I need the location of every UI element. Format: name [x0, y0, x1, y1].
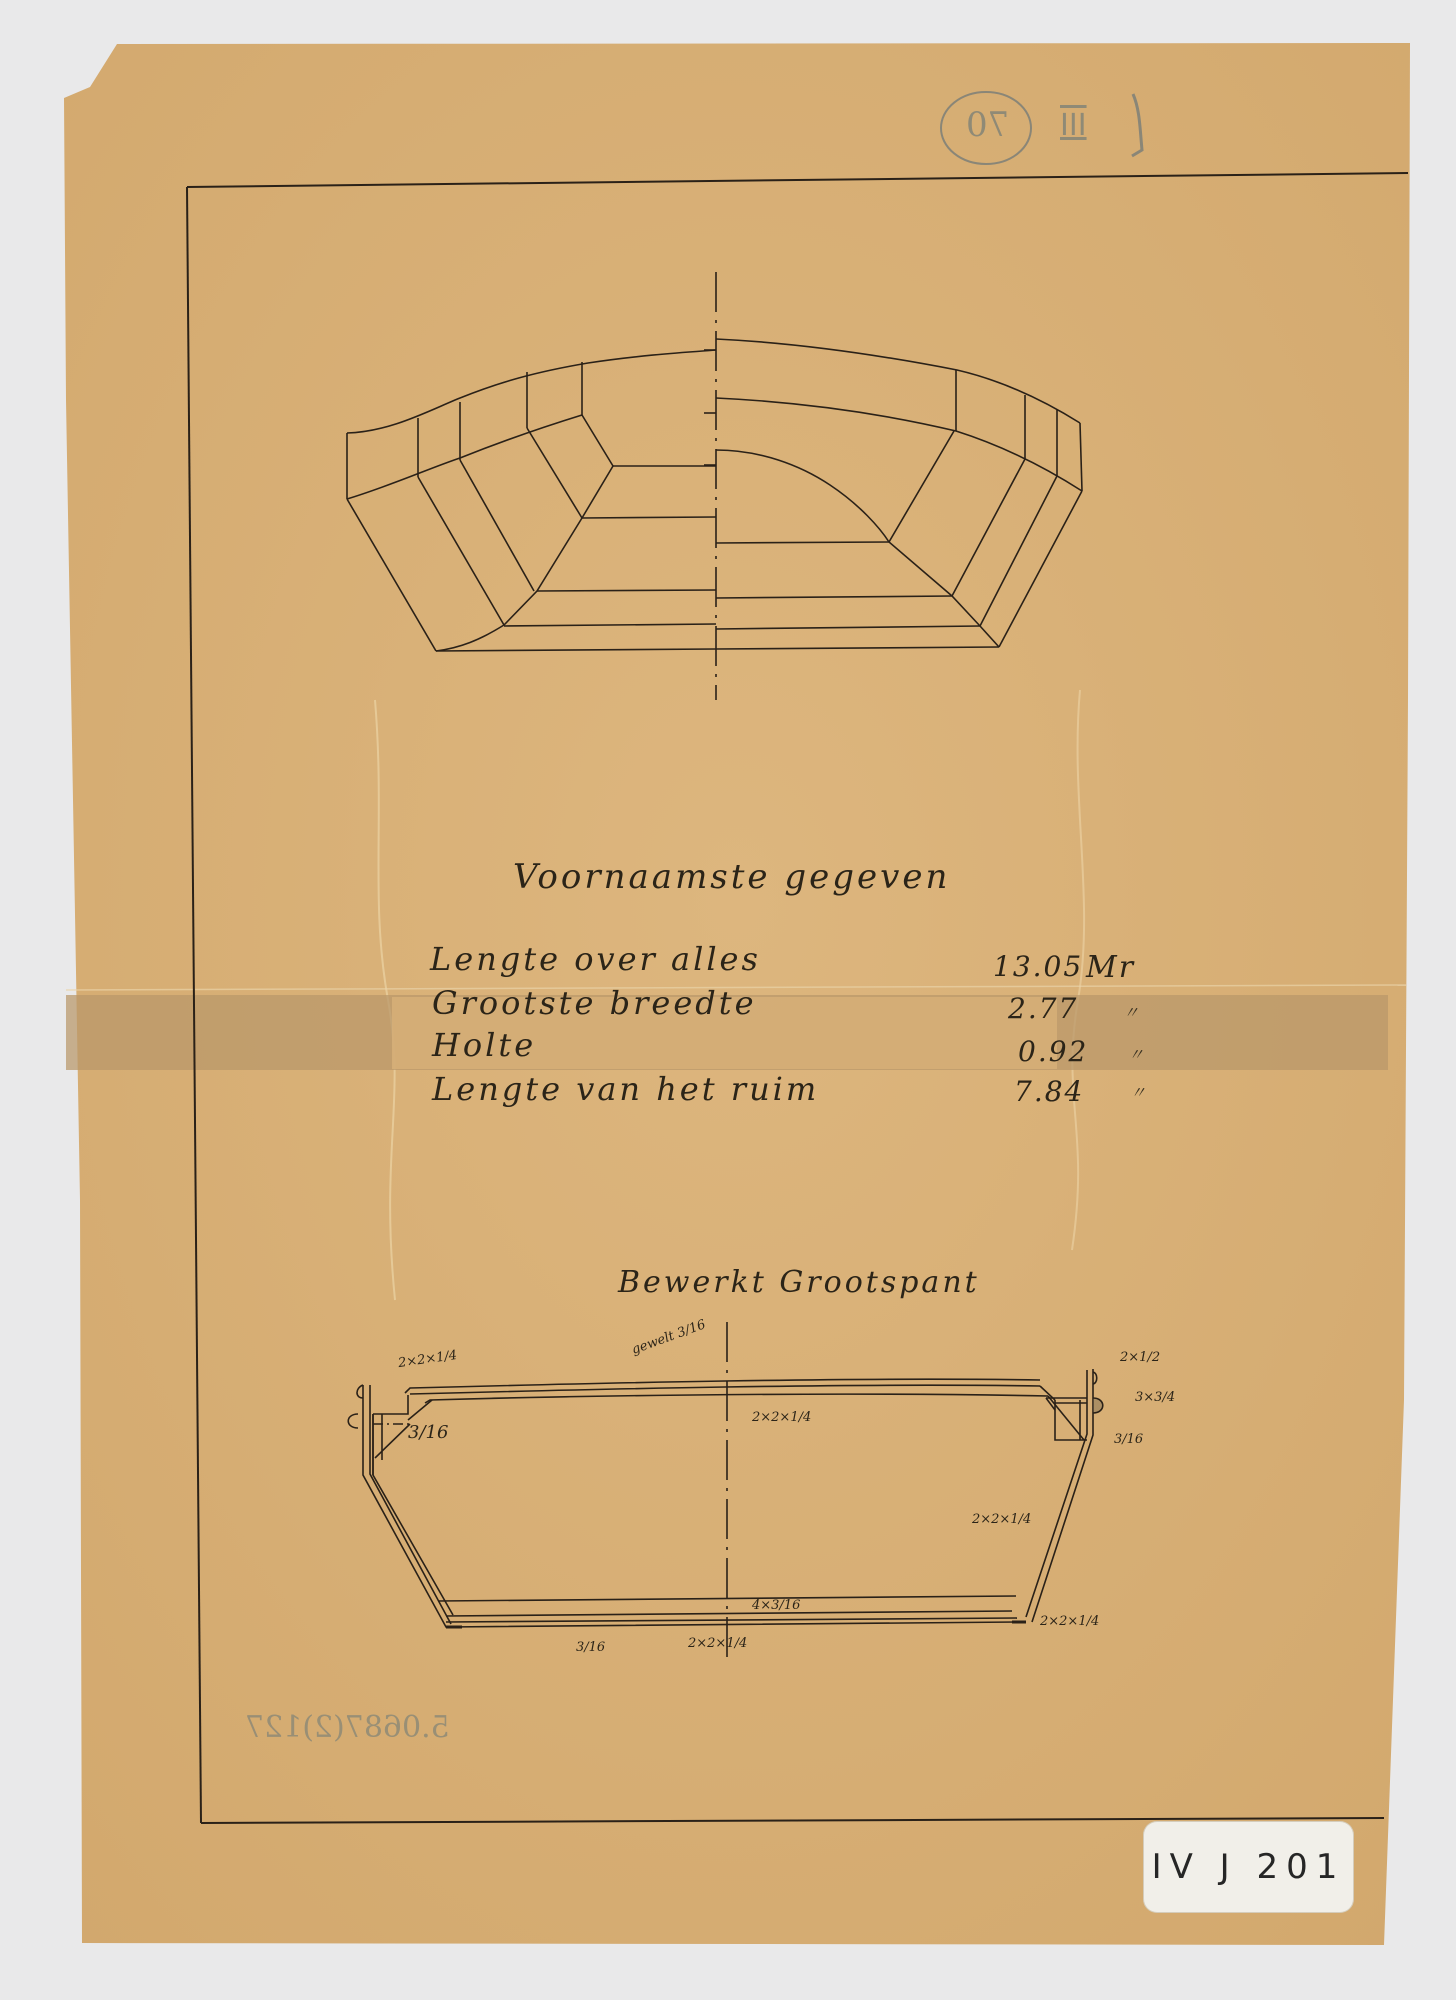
annotation-bottom-plate: 3/16 [576, 1640, 605, 1655]
particulars-row-value: 2.77 [1008, 992, 1078, 1025]
particulars-row-label: Lengte over alles [430, 940, 761, 978]
particulars-row-value: 0.92 [1018, 1035, 1088, 1068]
particulars-row-ditto: 〃 [1128, 1042, 1144, 1065]
particulars-row-label: Grootste breedte [432, 984, 757, 1022]
particulars-row-ditto: 〃 [1123, 1000, 1139, 1023]
archive-label-card: IV J 201 [1143, 1821, 1354, 1913]
annotation-right-side-plate: 3/16 [1114, 1432, 1143, 1447]
pencil-roman-numeral: III [1060, 108, 1087, 143]
particulars-row-unit: Mr [1086, 950, 1135, 985]
annotation-top-right-bar: 2×1/2 [1120, 1350, 1160, 1365]
pencil-bleed-through: 5.0687(2)127 [245, 1710, 450, 1745]
archive-label-text: IV J 201 [1143, 1821, 1354, 1913]
particulars-row-ditto: 〃 [1130, 1080, 1146, 1103]
annotation-left-side-plate: 3/16 [408, 1422, 448, 1443]
bleed-through-text: 5.0687(2)127 [245, 1710, 450, 1745]
particulars-title: Voornaamste gegeven [513, 857, 950, 897]
midship-section-title: Bewerkt Grootspant [618, 1265, 980, 1300]
annotation-deck-beam: 2×2×1/4 [752, 1410, 811, 1425]
annotation-bottom-right-angle: 2×2×1/4 [1040, 1614, 1099, 1629]
annotation-side-frame: 2×2×1/4 [972, 1512, 1031, 1527]
annotation-right-rubbing: 3×3/4 [1135, 1390, 1175, 1405]
annotation-floor-plate: 4×3/16 [752, 1598, 800, 1613]
annotation-bottom-frame: 2×2×1/4 [688, 1636, 747, 1651]
circled-number-text: 70 [966, 105, 1009, 145]
particulars-row-value: 13.05 [993, 950, 1083, 983]
roman-numeral-text: III [1060, 108, 1087, 143]
pencil-circled-number: 70 [966, 105, 1009, 145]
particulars-row-label: Holte [432, 1026, 536, 1064]
particulars-row-value: 7.84 [1014, 1075, 1084, 1108]
particulars-row-label: Lengte van het ruim [432, 1070, 819, 1108]
